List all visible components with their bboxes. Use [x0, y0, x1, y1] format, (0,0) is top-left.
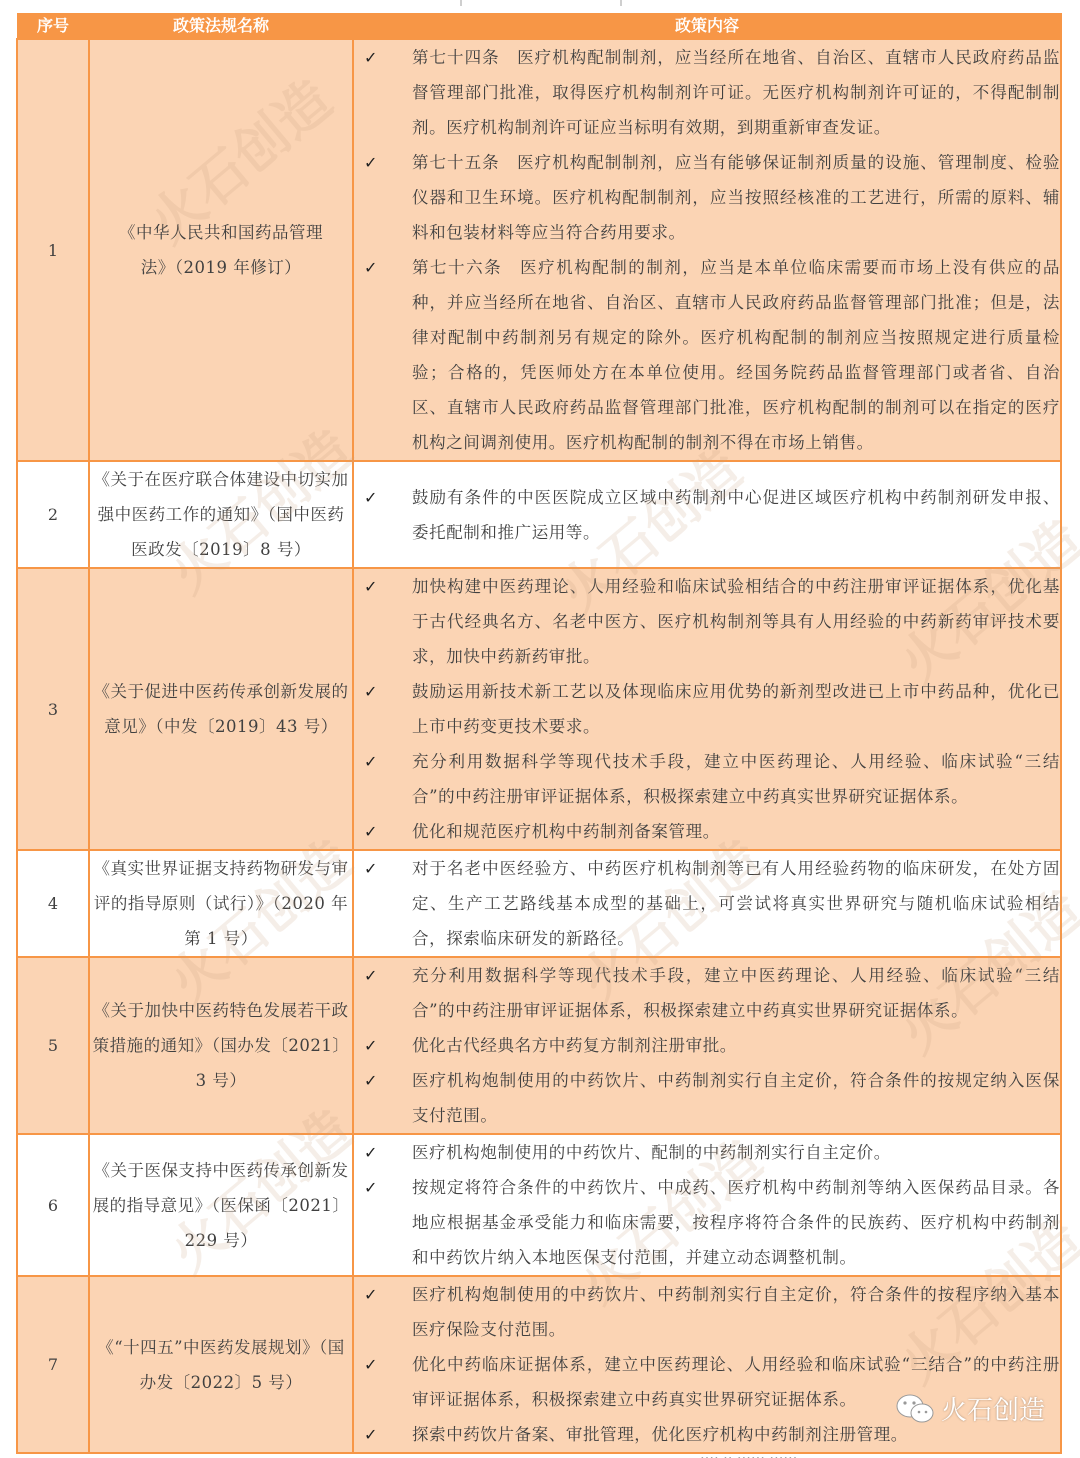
- policy-content: ✓ 加快构建中医药理论、人用经验和临床试验相结合的中药注册审评证据体系，优化基于…: [353, 568, 1061, 850]
- policy-item-text: 第七十五条 医疗机构配制制剂，应当有能够保证制剂质量的设施、管理制度、检验仪器和…: [412, 145, 1060, 250]
- policy-item: ✓ 充分利用数据科学等现代技术手段，建立中医药理论、人用经验、临床试验“三结合”…: [354, 744, 1060, 814]
- table-row: 3 《关于促进中医药传承创新发展的意见》（中发〔2019〕43 号） ✓ 加快构…: [17, 568, 1061, 850]
- policy-item-text: 充分利用数据科学等现代技术手段，建立中医药理论、人用经验、临床试验“三结合”的中…: [412, 744, 1060, 814]
- policy-name: 《关于在医疗联合体建设中切实加强中医药工作的通知》（国中医药医政发〔2019〕8…: [89, 461, 353, 568]
- header-policy-content: 政策内容: [353, 13, 1061, 39]
- policy-name: 《关于加快中医药特色发展若干政策措施的通知》（国办发〔2021〕3 号）: [89, 957, 353, 1134]
- checkmark-icon: ✓: [354, 480, 412, 515]
- policy-item: ✓ 第七十五条 医疗机构配制制剂，应当有能够保证制剂质量的设施、管理制度、检验仪…: [354, 145, 1060, 250]
- policy-item-text: 医疗机构炮制使用的中药饮片、配制的中药制剂实行自主定价。: [412, 1135, 1060, 1170]
- policy-content: ✓ 第七十四条 医疗机构配制制剂，应当经所在地省、自治区、直辖市人民政府药品监督…: [353, 39, 1061, 461]
- policy-item: ✓ 鼓励运用新技术新工艺以及体现临床应用优势的新剂型改进已上市中药品种，优化已上…: [354, 674, 1060, 744]
- policy-item: ✓ 鼓励有条件的中医医院成立区域中药制剂中心促进区域医疗机构中药制剂研发申报、委…: [354, 480, 1060, 550]
- checkmark-icon: ✓: [354, 569, 412, 604]
- policy-content: ✓ 鼓励有条件的中医医院成立区域中药制剂中心促进区域医疗机构中药制剂研发申报、委…: [353, 461, 1061, 568]
- table-row: 6 《关于医保支持中医药传承创新发展的指导意见》（医保函〔2021〕229 号）…: [17, 1134, 1061, 1276]
- brand-label: 火石创造: [941, 1390, 1045, 1427]
- policy-item: ✓ 对于名老中医经验方、中药医疗机构制剂等已有人用经验药物的临床研发，在处方固定…: [354, 851, 1060, 956]
- policy-item-text: 第七十四条 医疗机构配制制剂，应当经所在地省、自治区、直辖市人民政府药品监督管理…: [412, 40, 1060, 145]
- wechat-icon: [895, 1392, 935, 1426]
- checkmark-icon: ✓: [354, 250, 412, 285]
- policy-item: ✓ 加快构建中医药理论、人用经验和临床试验相结合的中药注册审评证据体系，优化基于…: [354, 569, 1060, 674]
- policy-name: 《真实世界证据支持药物研发与审评的指导原则（试行）》（2020 年第 1 号）: [89, 850, 353, 957]
- checkmark-icon: ✓: [354, 145, 412, 180]
- policy-item-text: 鼓励运用新技术新工艺以及体现临床应用优势的新剂型改进已上市中药品种，优化已上市中…: [412, 674, 1060, 744]
- checkmark-icon: ✓: [354, 851, 412, 886]
- checkmark-icon: ✓: [354, 744, 412, 779]
- checkmark-icon: ✓: [354, 1417, 412, 1452]
- policy-item: ✓ 医疗机构炮制使用的中药饮片、中药制剂实行自主定价，符合条件的按规定纳入医保支…: [354, 1063, 1060, 1133]
- policy-item-text: 优化和规范医疗机构中药制剂备案管理。: [412, 814, 1060, 849]
- row-index: 4: [17, 850, 89, 957]
- policy-item-text: 加快构建中医药理论、人用经验和临床试验相结合的中药注册审评证据体系，优化基于古代…: [412, 569, 1060, 674]
- policy-name: 《关于医保支持中医药传承创新发展的指导意见》（医保函〔2021〕229 号）: [89, 1134, 353, 1276]
- checkmark-icon: ✓: [354, 814, 412, 849]
- policy-item-text: 鼓励有条件的中医医院成立区域中药制剂中心促进区域医疗机构中药制剂研发申报、委托配…: [412, 480, 1060, 550]
- policy-item: ✓ 第七十四条 医疗机构配制制剂，应当经所在地省、自治区、直辖市人民政府药品监督…: [354, 40, 1060, 145]
- checkmark-icon: ✓: [354, 1277, 412, 1312]
- cropped-caption-fragment: ‥‥ ‥ ‥‥‥ ‥‥‥: [700, 1452, 960, 1458]
- policy-item-text: 优化古代经典名方中药复方制剂注册审批。: [412, 1028, 1060, 1063]
- policy-name: 《“十四五”中医药发展规划》（国办发〔2022〕5 号）: [89, 1276, 353, 1453]
- policy-item: ✓ 优化古代经典名方中药复方制剂注册审批。: [354, 1028, 1060, 1063]
- header-index: 序号: [17, 13, 89, 39]
- policy-content: ✓ 充分利用数据科学等现代技术手段，建立中医药理论、人用经验、临床试验“三结合”…: [353, 957, 1061, 1134]
- table-row: 5 《关于加快中医药特色发展若干政策措施的通知》（国办发〔2021〕3 号） ✓…: [17, 957, 1061, 1134]
- checkmark-icon: ✓: [354, 1135, 412, 1170]
- table-row: 1 《中华人民共和国药品管理法》（2019 年修订） ✓ 第七十四条 医疗机构配…: [17, 39, 1061, 461]
- table-header-row: 序号 政策法规名称 政策内容: [17, 13, 1061, 39]
- policy-item-text: 对于名老中医经验方、中药医疗机构制剂等已有人用经验药物的临床研发，在处方固定、生…: [412, 851, 1060, 956]
- policy-table: 序号 政策法规名称 政策内容 1 《中华人民共和国药品管理法》（2019 年修订…: [16, 13, 1062, 1454]
- header-policy-name: 政策法规名称: [89, 13, 353, 39]
- brand-overlay: 火石创造: [895, 1390, 1045, 1427]
- cropped-caption-fragment: [440, 0, 640, 8]
- checkmark-icon: ✓: [354, 40, 412, 75]
- policy-content: ✓ 医疗机构炮制使用的中药饮片、配制的中药制剂实行自主定价。 ✓ 按规定将符合条…: [353, 1134, 1061, 1276]
- checkmark-icon: ✓: [354, 1347, 412, 1382]
- policy-name: 《中华人民共和国药品管理法》（2019 年修订）: [89, 39, 353, 461]
- checkmark-icon: ✓: [354, 1028, 412, 1063]
- table-row: 4 《真实世界证据支持药物研发与审评的指导原则（试行）》（2020 年第 1 号…: [17, 850, 1061, 957]
- policy-item: ✓ 医疗机构炮制使用的中药饮片、中药制剂实行自主定价，符合条件的按程序纳入基本医…: [354, 1277, 1060, 1347]
- checkmark-icon: ✓: [354, 674, 412, 709]
- checkmark-icon: ✓: [354, 1170, 412, 1205]
- policy-name: 《关于促进中医药传承创新发展的意见》（中发〔2019〕43 号）: [89, 568, 353, 850]
- policy-item: ✓ 按规定将符合条件的中药饮片、中成药、医疗机构中药制剂等纳入医保药品目录。各地…: [354, 1170, 1060, 1275]
- policy-item: ✓ 充分利用数据科学等现代技术手段，建立中医药理论、人用经验、临床试验“三结合”…: [354, 958, 1060, 1028]
- checkmark-icon: ✓: [354, 958, 412, 993]
- policy-item-text: 按规定将符合条件的中药饮片、中成药、医疗机构中药制剂等纳入医保药品目录。各地应根…: [412, 1170, 1060, 1275]
- row-index: 7: [17, 1276, 89, 1453]
- policy-item: ✓ 第七十六条 医疗机构配制的制剂，应当是本单位临床需要而市场上没有供应的品种，…: [354, 250, 1060, 460]
- policy-item-text: 充分利用数据科学等现代技术手段，建立中医药理论、人用经验、临床试验“三结合”的中…: [412, 958, 1060, 1028]
- row-index: 2: [17, 461, 89, 568]
- policy-item-text: 医疗机构炮制使用的中药饮片、中药制剂实行自主定价，符合条件的按规定纳入医保支付范…: [412, 1063, 1060, 1133]
- row-index: 3: [17, 568, 89, 850]
- checkmark-icon: ✓: [354, 1063, 412, 1098]
- policy-content: ✓ 对于名老中医经验方、中药医疗机构制剂等已有人用经验药物的临床研发，在处方固定…: [353, 850, 1061, 957]
- policy-item-text: 医疗机构炮制使用的中药饮片、中药制剂实行自主定价，符合条件的按程序纳入基本医疗保…: [412, 1277, 1060, 1347]
- table-row: 2 《关于在医疗联合体建设中切实加强中医药工作的通知》（国中医药医政发〔2019…: [17, 461, 1061, 568]
- policy-item-text: 第七十六条 医疗机构配制的制剂，应当是本单位临床需要而市场上没有供应的品种，并应…: [412, 250, 1060, 460]
- row-index: 1: [17, 39, 89, 461]
- row-index: 6: [17, 1134, 89, 1276]
- policy-item: ✓ 医疗机构炮制使用的中药饮片、配制的中药制剂实行自主定价。: [354, 1135, 1060, 1170]
- policy-item: ✓ 优化和规范医疗机构中药制剂备案管理。: [354, 814, 1060, 849]
- row-index: 5: [17, 957, 89, 1134]
